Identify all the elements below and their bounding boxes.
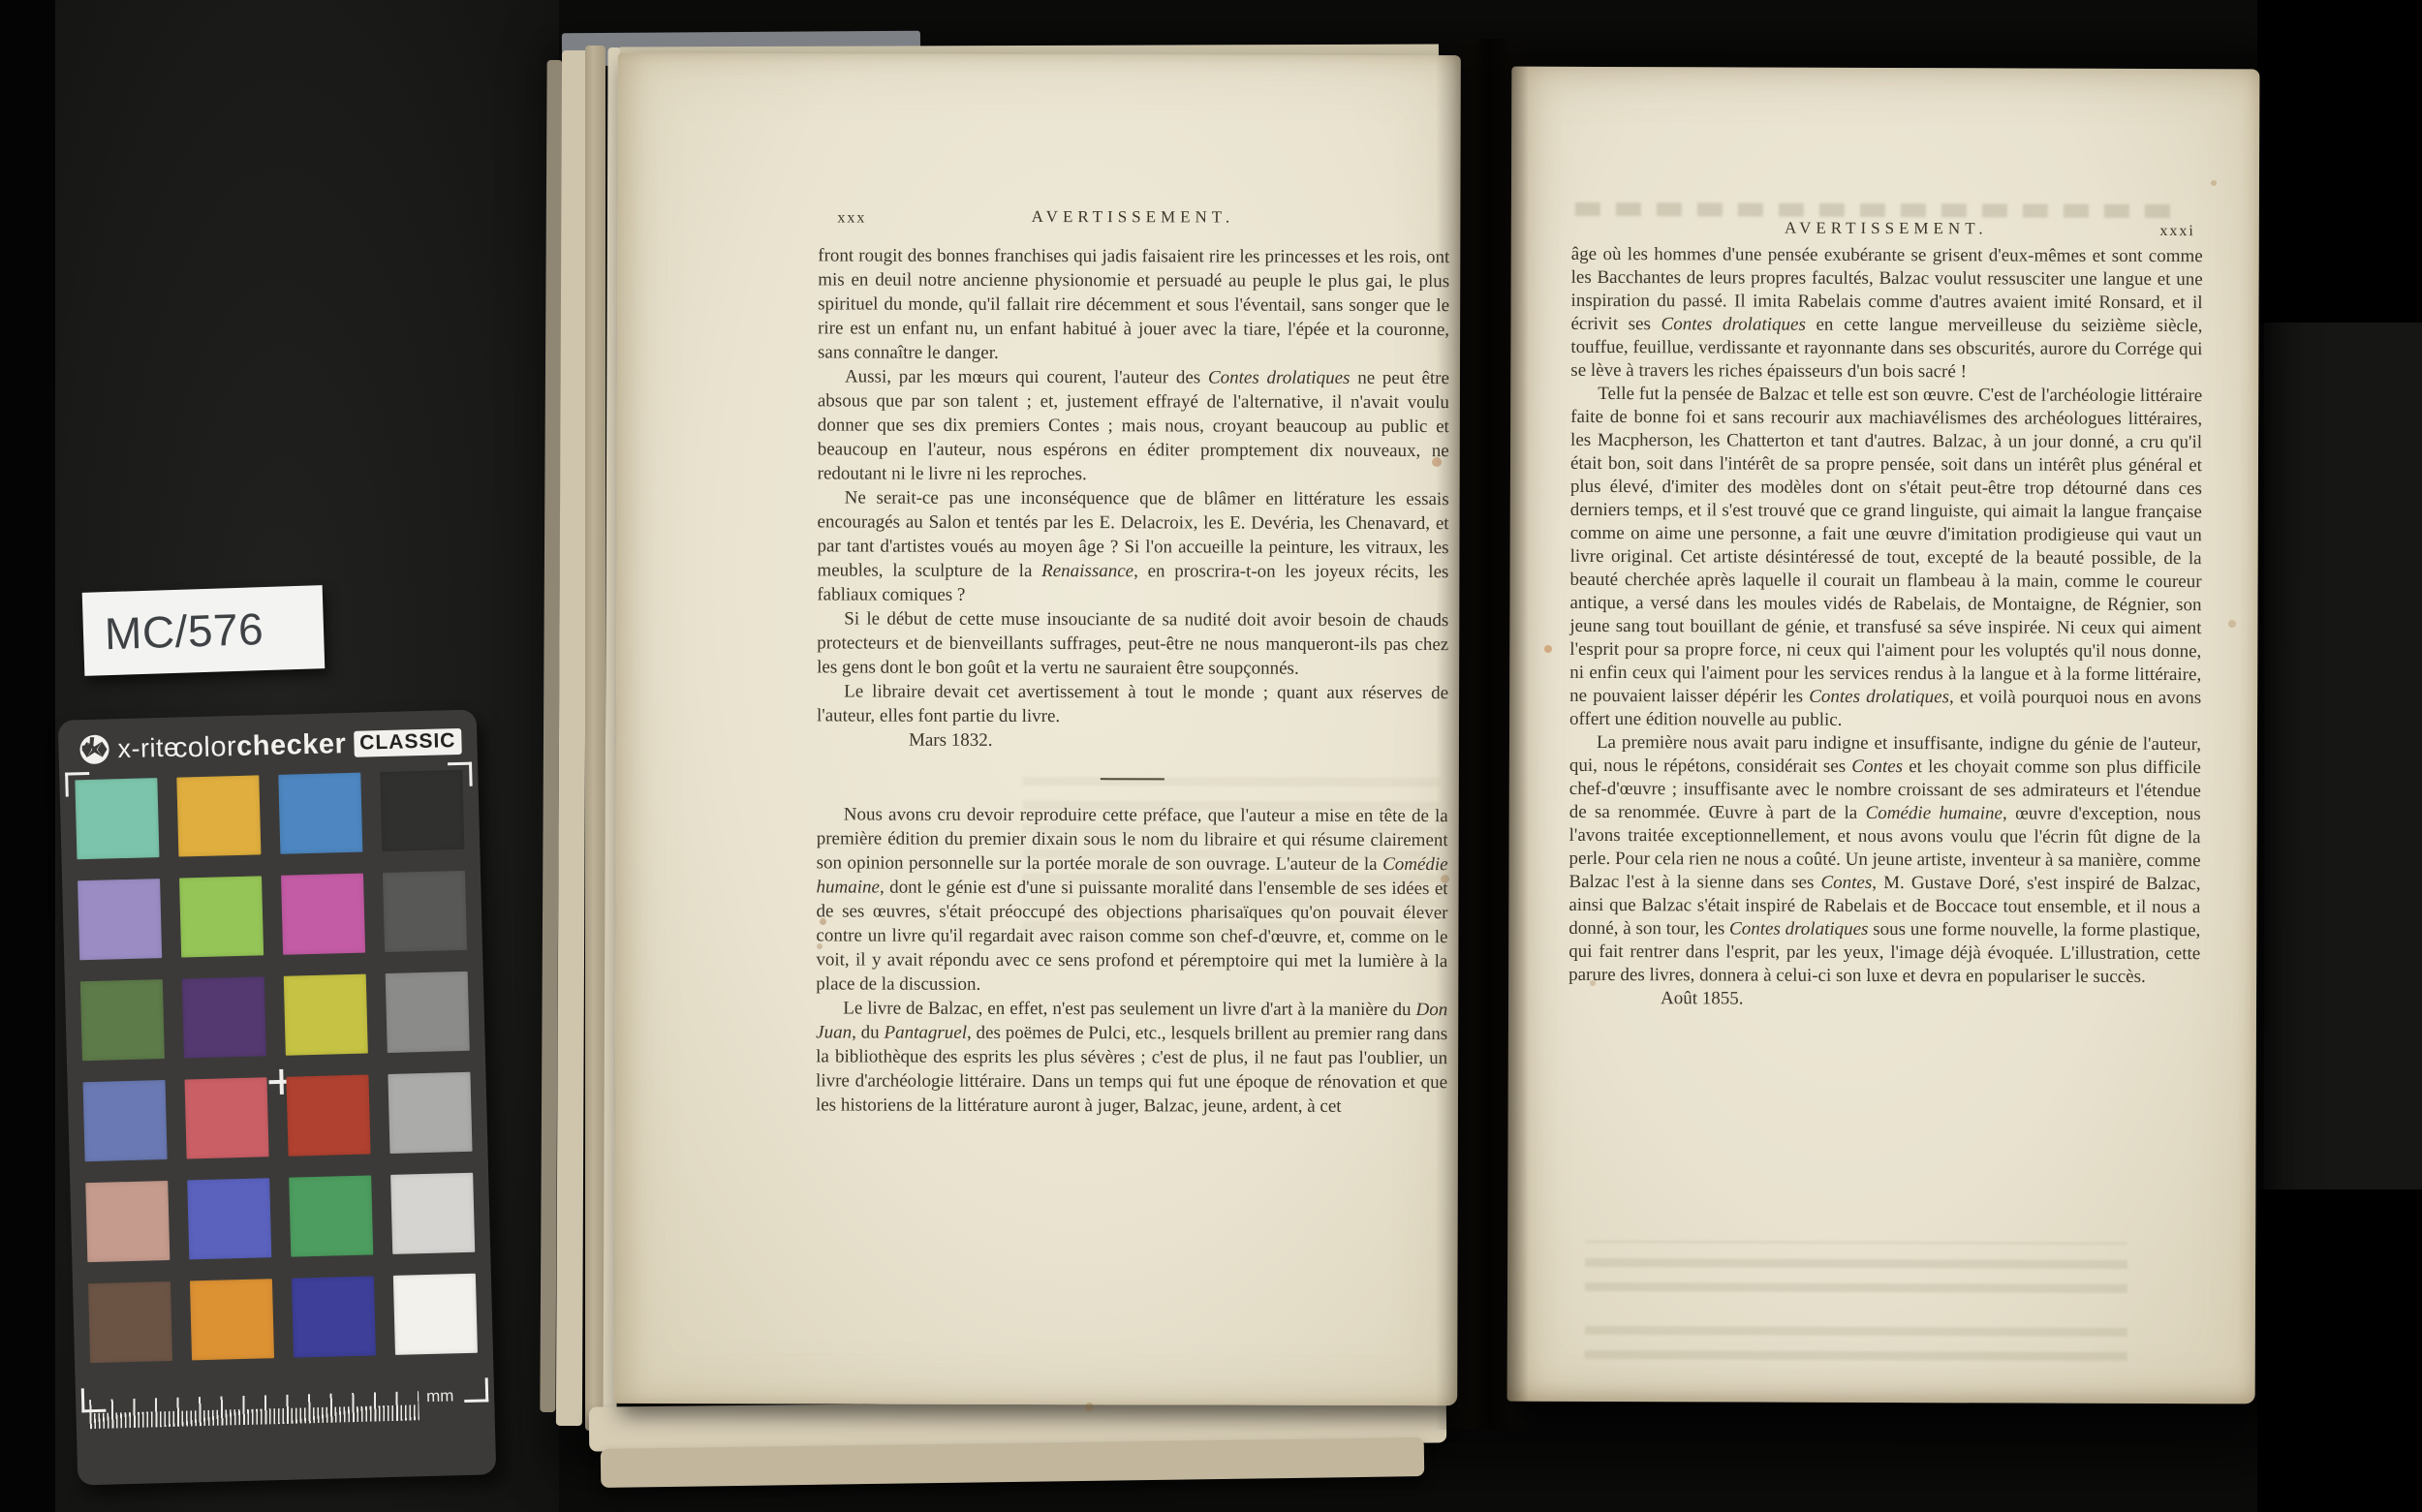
right-page-text: âge où les hommes d'une pensée exubérant…	[1568, 243, 2203, 1012]
left-running-header: AVERTISSEMENT.	[818, 206, 1447, 228]
color-patch	[78, 879, 162, 960]
color-patch	[390, 1173, 475, 1254]
color-patch	[83, 1080, 168, 1161]
left-page-text: front rougit des bonnes franchises qui j…	[816, 243, 1449, 1119]
color-patch	[176, 775, 261, 856]
right-text-block: âge où les hommes d'une pensée exubérant…	[1568, 243, 2203, 989]
color-patch	[187, 1178, 271, 1259]
show-through-text	[1585, 1241, 2127, 1293]
photographed-book-scene: { "label": { "text": "MC/576" }, "checke…	[0, 0, 2422, 1512]
color-patch-row	[88, 1274, 478, 1363]
page-stack-edge	[585, 46, 605, 1431]
xrite-logo-icon	[78, 732, 111, 766]
crop-mark-bottom-right	[464, 1377, 489, 1403]
color-patch	[380, 770, 464, 851]
color-patch	[289, 1175, 373, 1256]
show-through-header	[1575, 202, 2176, 218]
xrite-logo: x-rite	[78, 731, 179, 767]
mm-ruler	[89, 1391, 419, 1429]
section-divider-rule	[1101, 778, 1164, 780]
felt-mat-right	[2264, 323, 2422, 1189]
show-through-text	[1585, 1314, 2127, 1361]
color-patch	[179, 876, 264, 957]
color-patch	[284, 974, 368, 1056]
paragraph: front rougit des bonnes franchises qui j…	[818, 243, 1449, 366]
color-patch	[184, 1077, 268, 1158]
classic-badge: CLASSIC	[354, 728, 462, 757]
left-text-block-1: front rougit des bonnes franchises qui j…	[817, 243, 1449, 729]
color-patch	[80, 979, 165, 1061]
color-patch-row	[75, 770, 464, 859]
right-dateline: Août 1855.	[1568, 987, 2200, 1012]
xrite-brand-text: x-rite	[117, 732, 179, 764]
colorchecker-wordmark: colorchecker CLASSIC	[172, 725, 461, 765]
color-patch	[182, 976, 266, 1058]
black-border-top-right	[2257, 0, 2422, 323]
color-patch	[190, 1279, 274, 1360]
color-patch	[286, 1075, 370, 1157]
shelfmark-text: MC/576	[104, 602, 264, 660]
left-page-header-row: xxx AVERTISSEMENT.	[818, 206, 1447, 231]
left-dateline: Mars 1832.	[817, 727, 1448, 754]
colorchecker-word-light: color	[172, 731, 236, 764]
color-patch	[388, 1072, 472, 1154]
right-running-header: AVERTISSEMENT.	[1571, 218, 2201, 239]
colorchecker-header: x-rite colorchecker CLASSIC	[58, 709, 478, 776]
paragraph: Le libraire devait cet avertissement à t…	[817, 679, 1448, 729]
black-border-bottom-right	[2257, 1189, 2422, 1512]
right-page-header-row: AVERTISSEMENT. xxxi	[1571, 218, 2201, 243]
color-patch-row	[78, 871, 467, 960]
color-patch-row	[80, 972, 470, 1061]
color-patch	[386, 972, 470, 1053]
paragraph: Aussi, par les mœurs qui courent, l'aute…	[818, 364, 1449, 487]
black-border-left	[0, 0, 55, 1512]
shelfmark-label: MC/576	[82, 585, 326, 676]
paragraph: Si le début de cette muse insouciante de…	[817, 606, 1448, 681]
colorchecker-card: x-rite colorchecker CLASSIC mm	[58, 709, 497, 1485]
color-patch-row	[83, 1072, 473, 1161]
color-patch	[278, 773, 362, 854]
color-patch-row	[85, 1173, 475, 1262]
paragraph: âge où les hommes d'une pensée exubérant…	[1570, 243, 2202, 385]
left-text-block-2: Nous avons cru devoir reproduire cette p…	[816, 802, 1448, 1119]
color-patch	[393, 1274, 478, 1355]
color-patch	[383, 871, 467, 952]
paragraph: Telle fut la pensée de Balzac et telle e…	[1569, 383, 2202, 733]
book-left-page: xxx AVERTISSEMENT. front rougit des bonn…	[614, 53, 1461, 1405]
right-page-number: xxxi	[2159, 223, 2195, 240]
color-patch	[88, 1281, 172, 1363]
colorchecker-word-bold: checker	[236, 728, 347, 762]
paragraph: Nous avons cru devoir reproduire cette p…	[816, 802, 1448, 998]
color-patch-grid	[75, 770, 478, 1384]
paragraph: Ne serait-ce pas une inconséquence que d…	[817, 485, 1448, 608]
book-right-page: AVERTISSEMENT. xxxi âge où les hommes d'…	[1507, 67, 2260, 1404]
color-patch	[85, 1181, 170, 1262]
paragraph: La première nous avait paru indigne et i…	[1568, 731, 2201, 989]
color-patch	[281, 874, 365, 955]
ruler-unit-label: mm	[426, 1386, 454, 1406]
color-patch	[292, 1276, 376, 1357]
paragraph: Le livre de Balzac, en effet, n'est pas …	[816, 996, 1447, 1119]
color-patch	[75, 778, 159, 859]
